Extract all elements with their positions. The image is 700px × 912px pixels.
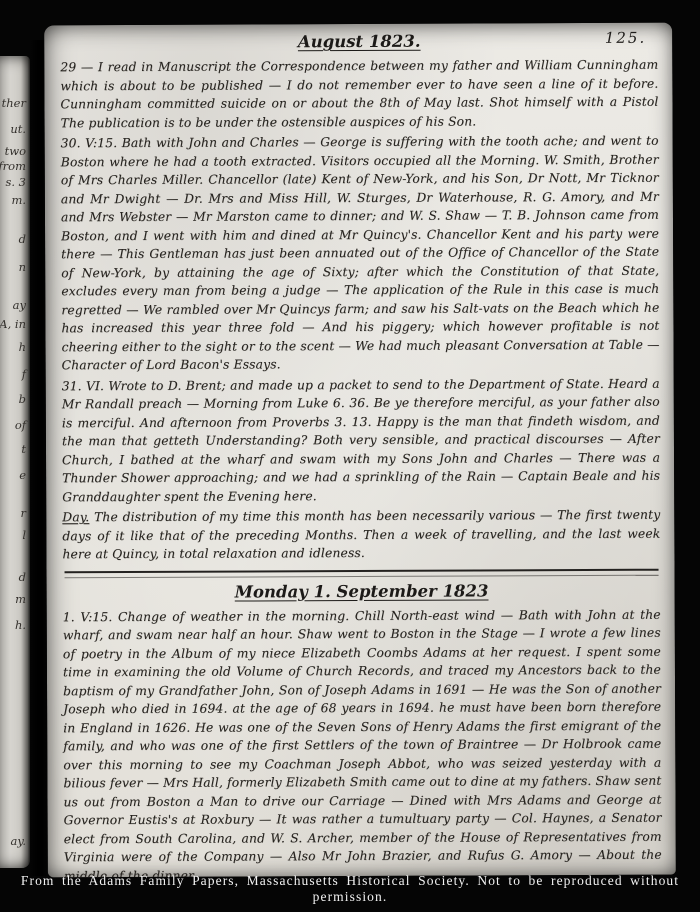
- archive-caption: From the Adams Family Papers, Massachuse…: [0, 873, 700, 905]
- facing-page-text-fragment: ut.: [10, 122, 26, 136]
- facing-page-text-fragment: f: [22, 367, 26, 381]
- facing-page-text-fragment: l: [22, 528, 26, 542]
- facing-page-text-fragment: m: [15, 592, 26, 606]
- facing-page-edge: ther ut. two from s. 3 m. d n ay A, in h…: [0, 56, 30, 868]
- section-divider-rule: [65, 568, 659, 578]
- facing-page-text-fragment: b: [19, 392, 26, 406]
- facing-page-text-fragment: e: [19, 468, 26, 482]
- month-summary-text: The distribution of my time this month h…: [62, 508, 660, 562]
- page-number: 125.: [605, 29, 646, 47]
- facing-page-text-fragment: ay.: [11, 834, 26, 848]
- facing-page-text-fragment: d: [19, 232, 26, 246]
- facing-page-text-fragment: A, in: [0, 317, 26, 331]
- september-header: Monday 1. September 1823: [63, 580, 661, 602]
- facing-page-text-fragment: n: [19, 260, 26, 274]
- facing-page-text-fragment: two: [5, 144, 26, 158]
- facing-page-text-fragment: from: [0, 159, 26, 173]
- facing-page-text-fragment: t: [21, 442, 26, 456]
- day-marginal-label: Day.: [62, 510, 89, 524]
- diary-page: 125. August 1823. 29 — I read in Manuscr…: [44, 23, 676, 878]
- facing-page-text-fragment: r: [21, 506, 27, 520]
- entry-month-summary: Day. The distribution of my time this mo…: [62, 506, 660, 564]
- facing-page-text-fragment: ther: [2, 96, 26, 110]
- scanned-diary-photo: ther ut. two from s. 3 m. d n ay A, in h…: [0, 0, 700, 912]
- facing-page-text-fragment: h.: [15, 618, 26, 632]
- entry-august-29: 29 — I read in Manuscript the Correspond…: [60, 56, 658, 133]
- facing-page-text-fragment: m.: [11, 193, 26, 207]
- entry-august-30: 30. V:15. Bath with John and Charles — G…: [61, 132, 660, 375]
- facing-page-text-fragment: h: [19, 340, 26, 354]
- entry-september-1: 1. V:15. Change of weather in the mornin…: [63, 605, 662, 877]
- facing-page-text-fragment: d: [19, 570, 26, 584]
- august-header: August 1823.: [60, 31, 658, 53]
- facing-page-text-fragment: of: [15, 418, 26, 432]
- entry-august-31: 31. VI. Wrote to D. Brent; and made up a…: [62, 374, 661, 506]
- facing-page-text-fragment: ay: [13, 298, 26, 312]
- facing-page-text-fragment: s. 3: [5, 175, 26, 189]
